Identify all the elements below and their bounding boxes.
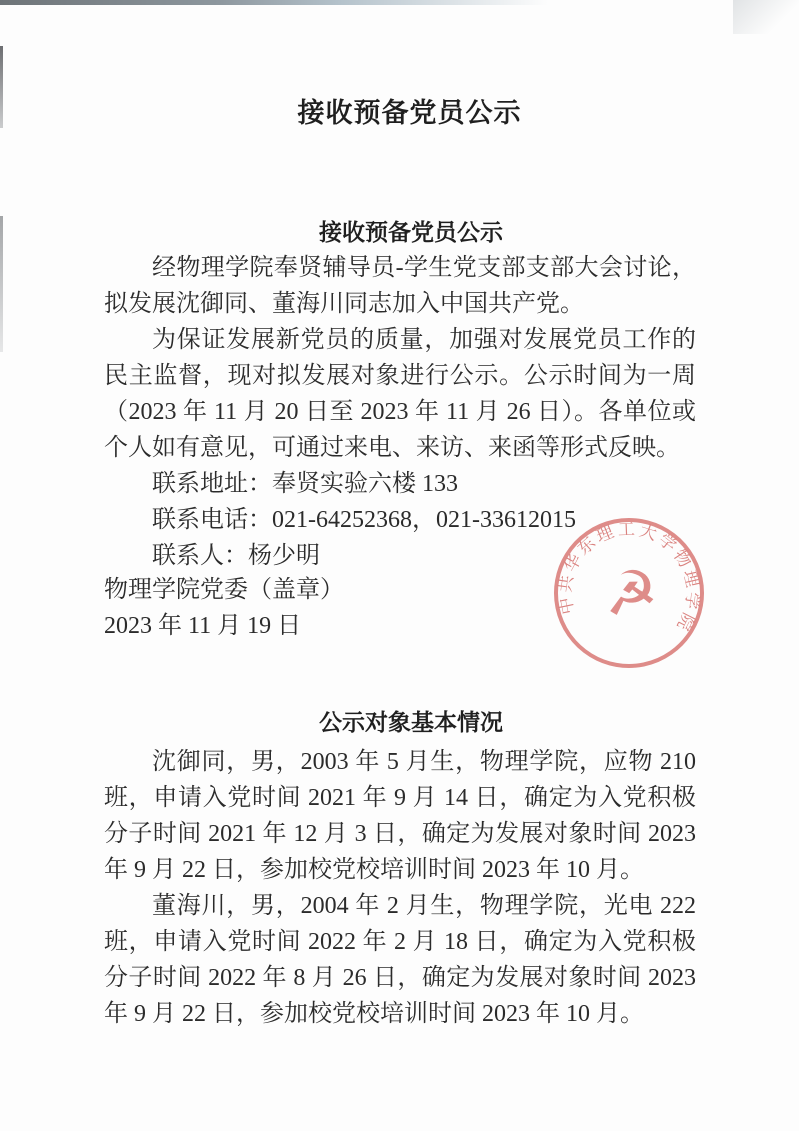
profiles-heading: 公示对象基本情况 [104, 707, 696, 737]
scan-artifact-top-strip [0, 0, 548, 5]
signature-date: 2023 年 11 月 19 日 [104, 608, 696, 644]
contact-person: 联系人：杨少明 [104, 538, 696, 574]
signature-line: 物理学院党委（盖章） [104, 572, 696, 608]
page-title: 接收预备党员公示 [0, 96, 799, 130]
scan-artifact-left-edge [0, 216, 3, 352]
contact-address: 联系地址：奉贤实验六楼 133 [104, 466, 696, 502]
scanned-document-page: 接收预备党员公示 接收预备党员公示 经物理学院奉贤辅导员-学生党支部支部大会讨论… [0, 0, 799, 1131]
notice-paragraph-1: 经物理学院奉贤辅导员-学生党支部支部大会讨论，拟发展沈御同、董海川同志加入中国共… [104, 250, 696, 322]
notice-paragraph-2: 为保证发展新党员的质量，加强对发展党员工作的民主监督，现对拟发展对象进行公示。公… [104, 322, 696, 466]
contact-phone: 联系电话：021-64252368，021-33612015 [104, 502, 696, 538]
profile-paragraph-1: 沈御同，男，2003 年 5 月生，物理学院，应物 210 班，申请入党时间 2… [104, 744, 696, 888]
profile-paragraph-2: 董海川，男，2004 年 2 月生，物理学院，光电 222 班，申请入党时间 2… [104, 888, 696, 1032]
notice-heading: 接收预备党员公示 [104, 217, 696, 247]
scan-artifact-top-right [733, 0, 799, 34]
